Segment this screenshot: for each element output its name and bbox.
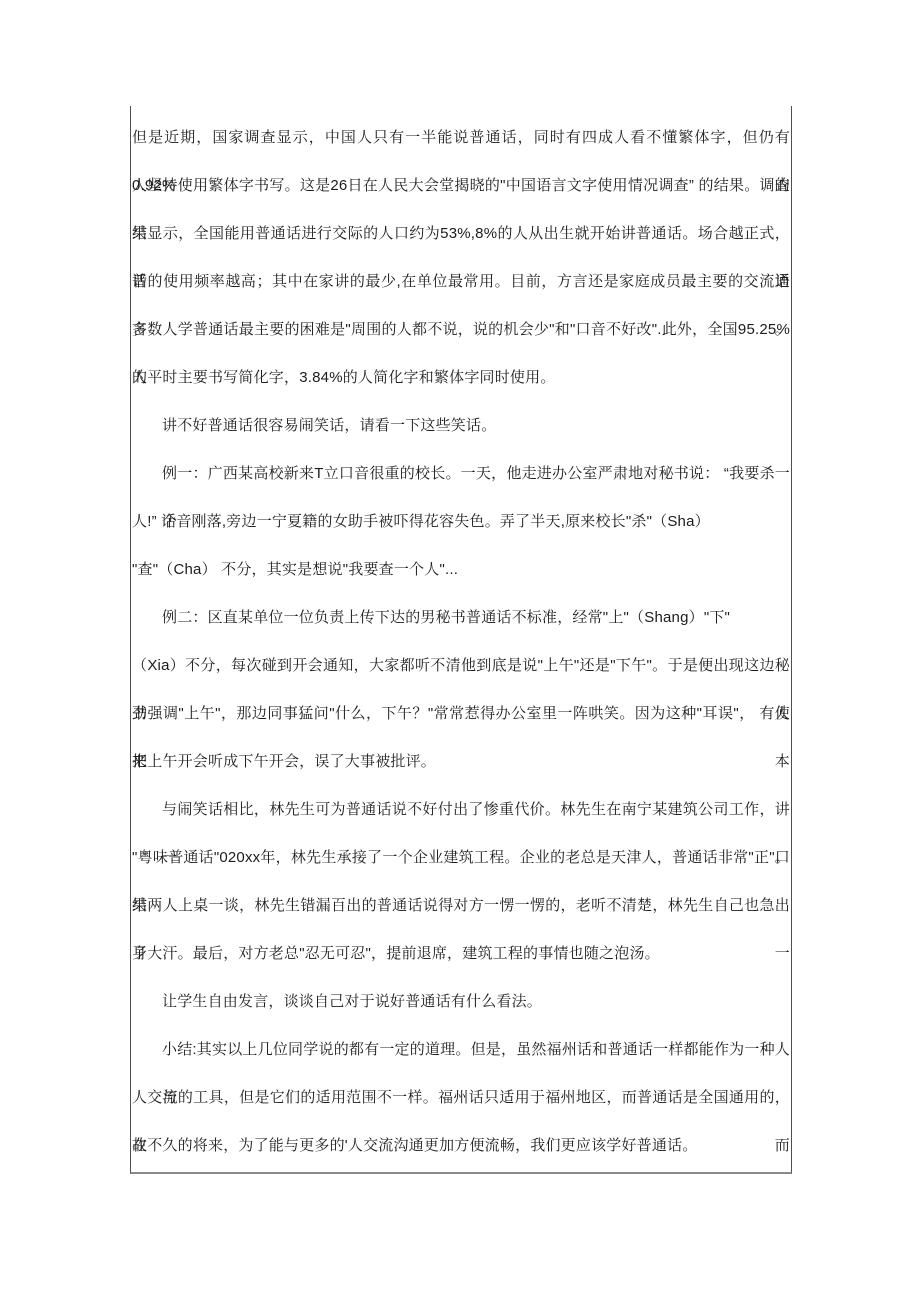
document-text-block: 但是近期，国家调查显示，中国人只有一半能说普通话，同时有四成人看不懂繁体字，但仍… [130,106,792,1174]
text-line: 与闹笑话相比，林先生可为普通话说不好付出了惨重代价。林先生在南宁某建筑公司工作，… [132,786,790,834]
text-line: 让学生自由发言，谈谈自己对于说好普通话有什么看法。 [132,978,790,1026]
text-line: 例二：区直某单位一位负责上传下达的男秘书普通话不标准，经常"上"（Shang）"… [132,594,790,642]
text-line: 在不久的将来，为了能与更多的'人交流沟通更加方便流畅，我们更应该学好普通话。 [132,1122,790,1170]
text-line: "粤味普通话"020xx年，林先生承接了一个企业建筑工程。企业的老总是天津人，普… [132,834,790,882]
text-line: 劲强调"上午"，那边同事猛问"什么，下午？"常常惹得办公室里一阵哄笑。因为这种"… [132,690,790,738]
text-line: 讲不好普通话很容易闹笑话，请看一下这些笑话。 [132,402,790,450]
text-line: 小结:其实以上几位同学说的都有一定的道理。但是，虽然福州话和普通话一样都能作为一… [132,1026,790,1074]
text-line: 果显示，全国能用普通话进行交际的人口约为53%,8%的人从出生就开始讲普通话。场… [132,210,790,258]
text-line: "查"（Cha） 不分，其实是想说"我要查一个人"... [132,546,790,594]
text-line: 多数人学普通话最主要的困难是"周围的人都不说，说的机会少"和"口音不好改".此外… [132,306,790,354]
text-line: 人!” 话音刚落,旁边一宁夏籍的女助手被吓得花容失色。弄了半天,原来校长"杀"（… [132,498,790,546]
text-line: 例一：广西某高校新来T立口音很重的校长。一天，他走进办公室严肃地对秘书说： “我… [132,450,790,498]
text-line: （Xia）不分，每次碰到开会通知，大家都听不清他到底是说"上午"还是"下午"。于… [132,642,790,690]
text-line: 果两人上桌一谈，林先生错漏百出的普通话说得对方一愣一愣的，老听不清楚，林先生自己… [132,882,790,930]
document-page: { "page": { "background_color": "#ffffff… [0,0,920,1301]
text-line: 人平时主要书写简化字，3.84%的人简化字和繁体字同时使用。 [132,354,790,402]
text-line: 但是近期，国家调查显示，中国人只有一半能说普通话，同时有四成人看不懂繁体字，但仍… [132,114,790,162]
text-line: 话的使用频率越高；其中在家讲的最少,在单位最常用。目前，方言还是家庭成员最主要的… [132,258,790,306]
text-line: 人交流的工具，但是它们的适用范围不一样。福州话只适用于福州地区，而普通话是全国通… [132,1074,790,1122]
text-line: 人坚持使用繁体字书写。这是26日在人民大会堂揭晓的"中国语言文字使用情况调查” … [132,162,790,210]
